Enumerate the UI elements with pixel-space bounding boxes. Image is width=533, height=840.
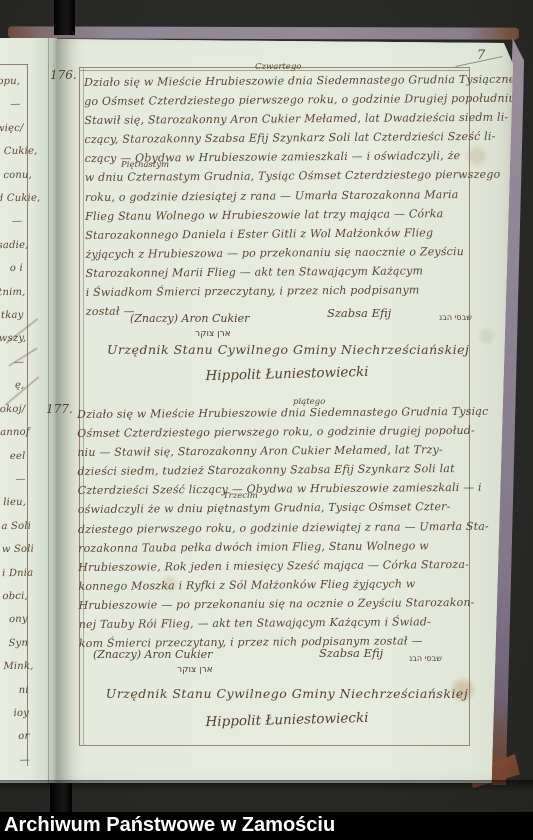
- archive-banner: Archiwum Państwowe w Zamościu: [0, 812, 533, 840]
- left-page-line-endings: opu,—więc/t Cukie,i conu,d Cukie,—sadie,…: [0, 70, 30, 772]
- witness-signature: (Znaczy) Aron Cukier: [93, 648, 212, 661]
- interlinear-insertion: Trzecim: [223, 491, 258, 501]
- entry-177-text: Działo się w Mieście Hrubieszowie dnia S…: [77, 402, 483, 653]
- handwriting-fragment: —: [1, 468, 26, 492]
- handwriting-fragment: tkay: [0, 304, 24, 328]
- handwriting-fragment: lieu,: [1, 491, 26, 515]
- interlinear-insertion: Czwartego: [255, 62, 301, 72]
- witness-signature: Szabsa Efij: [319, 646, 383, 660]
- handwriting-line: żyjących z Hrubieszowa — po przekonaniu …: [85, 242, 489, 264]
- book-top-edge: [8, 26, 519, 39]
- entry-176-text: Działo się w Mieście Hrubieszowie dnia S…: [84, 70, 490, 321]
- handwriting-fragment: opu,: [0, 70, 20, 94]
- left-page-frame-line: [0, 64, 28, 65]
- entry-number-176: 176.: [50, 68, 77, 82]
- handwriting-fragment: i conu,: [0, 163, 22, 187]
- manuscript-page: 7 Działo się w Mieście Hrubieszowie dnia…: [57, 36, 513, 783]
- handwriting-fragment: ony: [3, 608, 28, 632]
- handwriting-fragment: —: [0, 93, 21, 117]
- handwriting-fragment: wszy,: [0, 327, 24, 351]
- handwriting-fragment: obci,: [2, 585, 27, 609]
- handwriting-line: oświadczyli że w dniu piętnastym Grudnia…: [78, 497, 482, 519]
- handwriting-fragment: Syn: [3, 632, 28, 656]
- handwriting-fragment: annof: [0, 421, 25, 445]
- handwriting-fragment: t Cukie,: [0, 140, 21, 164]
- entry-number-177: 177.: [46, 402, 73, 416]
- archival-scan-viewport: opu,—więc/t Cukie,i conu,d Cukie,—sadie,…: [0, 0, 533, 840]
- handwriting-fragment: —: [0, 210, 22, 234]
- interlinear-insertion: piątego: [293, 397, 325, 407]
- handwriting-fragment: a Soli: [1, 515, 26, 539]
- officiant-title: Urzędnik Stanu Cywilnego Gminy Niechrześ…: [107, 342, 467, 357]
- witness-signature-hebrew: שבסי הבנ: [439, 313, 472, 322]
- witness-signature-hebrew: שבסי הבנ: [409, 654, 442, 663]
- officiant-title: Urzędnik Stanu Cywilnego Gminy Niechrześ…: [97, 686, 477, 701]
- handwriting-fragment: i Dnia: [2, 561, 27, 585]
- handwriting-fragment: ioy: [4, 702, 29, 726]
- handwriting-fragment: ę,: [0, 374, 25, 398]
- archive-banner-label: Archiwum Państwowe w Zamościu: [4, 814, 335, 836]
- witness-signature-hebrew: ארן צוקר: [195, 329, 231, 339]
- handwriting-fragment: tnim,: [0, 280, 23, 304]
- handwriting-fragment: sadie,: [0, 234, 23, 258]
- bookmark-ribbon-bottom: [50, 783, 72, 813]
- handwriting-fragment: więc/: [0, 117, 21, 141]
- handwriting-fragment: ni: [4, 678, 29, 702]
- handwriting-fragment: eel: [0, 444, 25, 468]
- witness-signature: (Znaczy) Aron Cukier: [130, 312, 249, 325]
- bookmark-ribbon-top: [54, 0, 75, 35]
- handwriting-fragment: or: [4, 725, 29, 749]
- witness-signature: Szabsa Efij: [327, 306, 391, 320]
- handwriting-line: Hrubieszowie, Rok jeden i miesięcy Sześć…: [78, 555, 482, 577]
- handwriting-fragment: okoj/: [0, 398, 25, 422]
- handwriting-fragment: —: [5, 749, 30, 773]
- handwriting-fragment: —: [0, 351, 24, 375]
- interlinear-insertion: Piętnastym: [121, 160, 169, 170]
- handwriting-fragment: w Soli: [2, 538, 27, 562]
- handwriting-fragment: o i: [0, 257, 23, 281]
- book-bottom-shadow: [0, 780, 533, 792]
- handwriting-fragment: Mink,: [3, 655, 28, 679]
- witness-signature-hebrew: ארן צוקר: [177, 665, 213, 675]
- handwriting-fragment: d Cukie,: [0, 187, 22, 211]
